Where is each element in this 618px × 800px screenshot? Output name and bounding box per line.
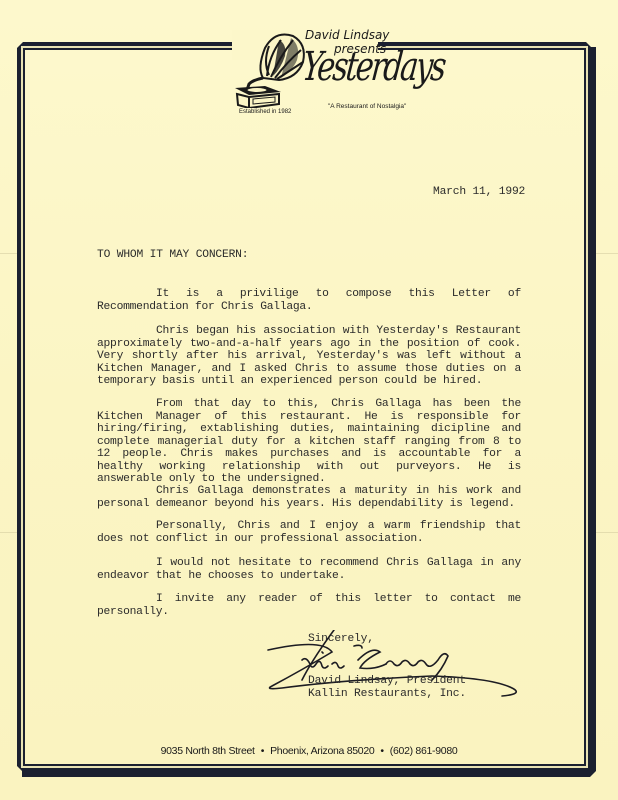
paragraph-text: Personally, Chris and I enjoy a warm fri… (97, 520, 521, 545)
bullet-separator: • (261, 745, 264, 757)
paragraph: Chris Gallaga demonstrates a maturity in… (97, 485, 521, 510)
salutation: TO WHOM IT MAY CONCERN: (97, 249, 248, 262)
bullet-separator: • (380, 745, 383, 757)
paragraph-text: Chris began his association with Yesterd… (97, 325, 521, 387)
signer-company: Kallin Restaurants, Inc. (308, 688, 466, 701)
paragraph: It is a privilige to compose this Letter… (97, 288, 521, 313)
tagline: "A Restaurant of Nostalgia" (328, 103, 406, 110)
footer-city: Phoenix, Arizona 85020 (270, 745, 374, 757)
paragraph: From that day to this, Chris Gallaga has… (97, 398, 521, 486)
presenter-name: David Lindsay (305, 28, 389, 42)
paragraph-text: I invite any reader of this letter to co… (97, 593, 521, 618)
paragraph: I would not hesitate to recommend Chris … (97, 557, 521, 582)
paragraph: Personally, Chris and I enjoy a warm fri… (97, 520, 521, 545)
letterhead-footer: 9035 North 8th Street•Phoenix, Arizona 8… (0, 745, 618, 757)
brand-name: Yesterdays (300, 44, 446, 90)
paragraph-text: I would not hesitate to recommend Chris … (97, 557, 521, 582)
paragraph-text: Chris Gallaga demonstrates a maturity in… (97, 485, 521, 510)
paragraph-text: It is a privilige to compose this Letter… (97, 288, 521, 313)
paragraph: Chris began his association with Yesterd… (97, 325, 521, 388)
established-label: Established in 1982 (239, 109, 291, 115)
gramophone-icon (235, 28, 310, 108)
letterhead-logo: David Lindsay presents Yesterdays "A Res… (205, 0, 435, 125)
signer-name-title: David Lindsay, President (308, 675, 466, 688)
footer-street: 9035 North 8th Street (161, 745, 255, 757)
letter-date: March 11, 1992 (433, 186, 525, 199)
paragraph-text: From that day to this, Chris Gallaga has… (97, 398, 521, 485)
paragraph: I invite any reader of this letter to co… (97, 593, 521, 618)
footer-phone: (602) 861-9080 (390, 745, 458, 757)
